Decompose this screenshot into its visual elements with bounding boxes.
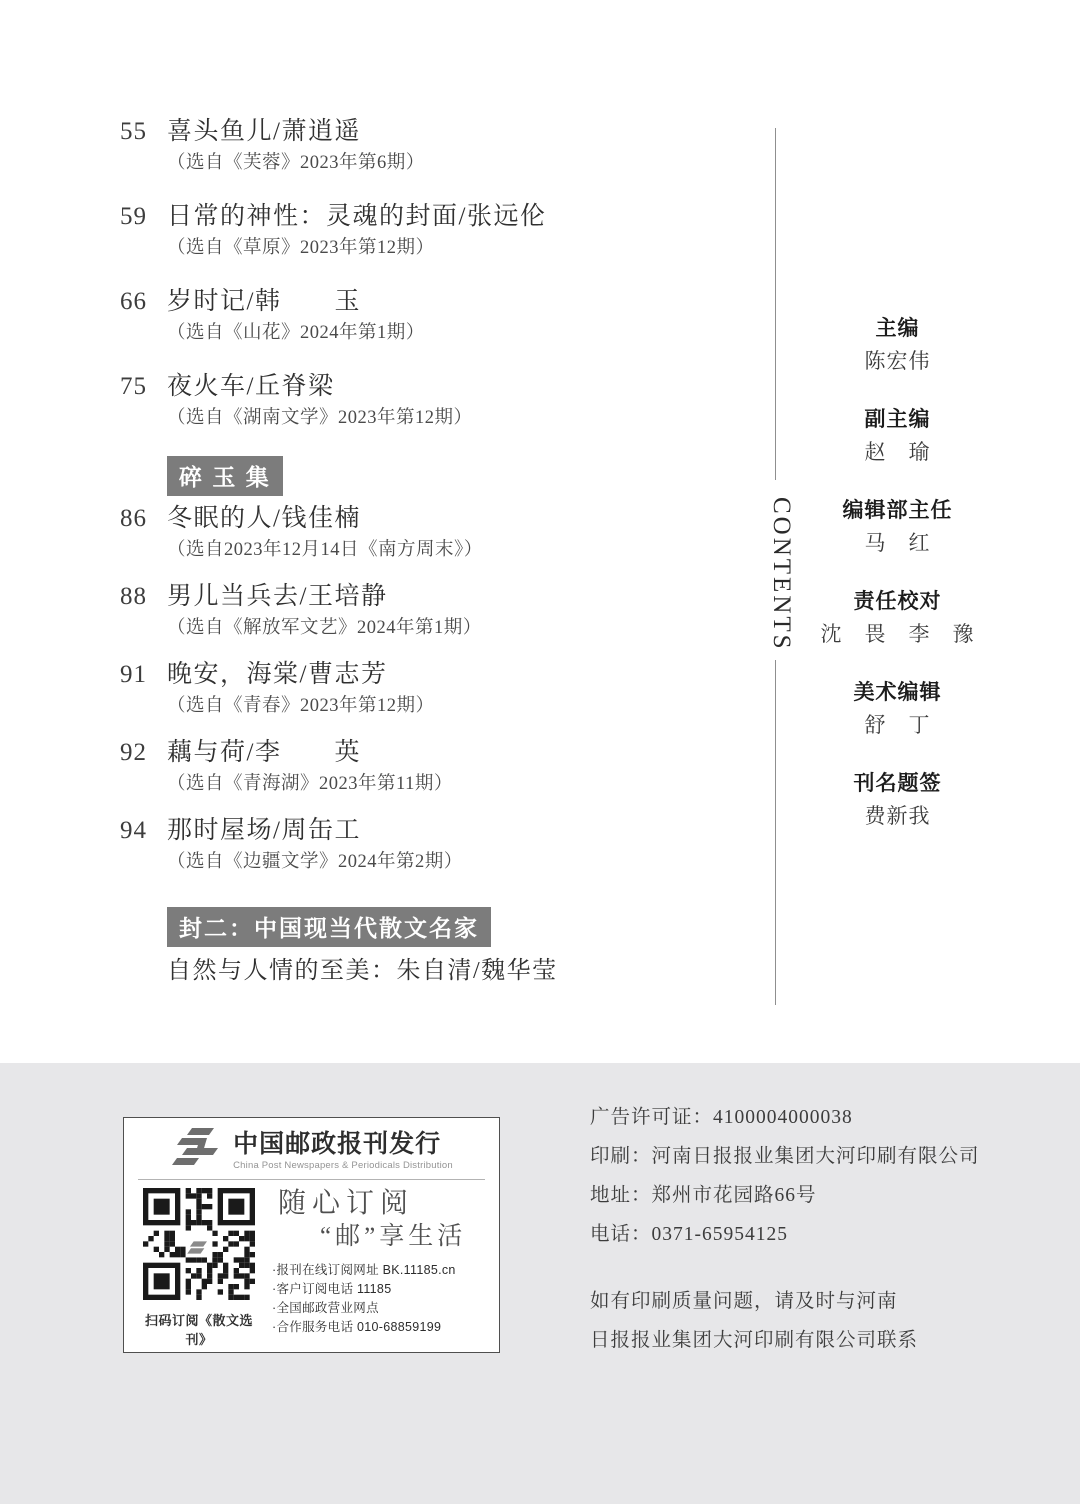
toc-entry-body: 日常的神性：灵魂的封面/张远伦 （选自《草原》2023年第12期） xyxy=(167,201,546,286)
toc-page-number: 92 xyxy=(120,737,167,815)
toc-entry-source: （选自《青春》2023年第12期） xyxy=(167,691,435,721)
toc-entry-source: （选自《芙蓉》2023年第6期） xyxy=(167,148,425,178)
staff-names: 沈 畏 李 豫 xyxy=(795,618,1000,651)
toc-entry-title: 夜火车/丘脊梁 xyxy=(167,371,473,403)
vertical-divider-bottom xyxy=(775,660,776,1005)
print-quality-notice: 如有印刷质量问题，请及时与河南 日报报业集团大河印刷有限公司联系 xyxy=(590,1282,1010,1360)
toc-entry-title: 那时屋场/周缶工 xyxy=(167,815,463,847)
toc-entry: 92 藕与荷/李 英 （选自《青海湖》2023年第11期） xyxy=(120,737,720,815)
contents-vertical-label: CONTENTS xyxy=(757,494,795,654)
toc-entry-title: 藕与荷/李 英 xyxy=(167,737,453,769)
section-header-cover2: 封二：中国现当代散文名家 xyxy=(167,907,491,947)
toc-entry-source: （选自《解放军文艺》2024年第1期） xyxy=(167,613,482,643)
toc-page-number: 55 xyxy=(120,116,167,201)
toc-page-number: 75 xyxy=(120,371,167,456)
china-post-ad-box: 中国邮政报刊发行 China Post Newspapers & Periodi… xyxy=(123,1117,500,1353)
printer-address: 地址：郑州市花园路66号 xyxy=(590,1176,1010,1215)
printer-name: 印刷：河南日报报业集团大河印刷有限公司 xyxy=(590,1137,1010,1176)
staff-names: 舒 丁 xyxy=(795,709,1000,742)
toc-entry: 59 日常的神性：灵魂的封面/张远伦 （选自《草原》2023年第12期） xyxy=(120,201,720,286)
toc-entry-body: 男儿当兵去/王培静 （选自《解放军文艺》2024年第1期） xyxy=(167,581,482,659)
toc-entry: 66 岁时记/韩 玉 （选自《山花》2024年第1期） xyxy=(120,286,720,371)
ad-license-number: 广告许可证：4100004000038 xyxy=(590,1098,1010,1137)
staff-role: 美术编辑 xyxy=(795,676,1000,709)
toc-entry: 91 晚安，海棠/曹志芳 （选自《青春》2023年第12期） xyxy=(120,659,720,737)
toc-page-number: 88 xyxy=(120,581,167,659)
masthead-staff-list: 主编 陈宏伟 副主编 赵 瑜 编辑部主任 马 红 责任校对 沈 畏 李 豫 美术… xyxy=(795,312,1000,858)
cover2-entry-title: 自然与人情的至美：朱自清/魏华莹 xyxy=(167,954,720,988)
ad-bullet: ·客户订阅电话 11185 xyxy=(272,1280,485,1299)
staff-group: 主编 陈宏伟 xyxy=(795,312,1000,378)
staff-group: 责任校对 沈 畏 李 豫 xyxy=(795,585,1000,651)
ad-bullet: ·合作服务电话 010-68859199 xyxy=(272,1318,485,1337)
toc-entry-title: 喜头鱼儿/萧逍遥 xyxy=(167,116,425,148)
ad-content: 扫码订阅《散文选刊》 随心订阅 “邮”享生活 ·报刊在线订阅网址 BK.1118… xyxy=(136,1188,487,1348)
print-info-block: 广告许可证：4100004000038 印刷：河南日报报业集团大河印刷有限公司 … xyxy=(590,1098,1010,1254)
toc-entry-source: （选自《青海湖》2023年第11期） xyxy=(167,769,453,799)
section-header-suiyuji: 碎 玉 集 xyxy=(167,456,283,496)
staff-role: 编辑部主任 xyxy=(795,494,1000,527)
ad-right-column: 随心订阅 “邮”享生活 ·报刊在线订阅网址 BK.11185.cn ·客户订阅电… xyxy=(272,1188,485,1348)
printer-phone: 电话：0371-65954125 xyxy=(590,1215,1010,1254)
toc-page-number: 66 xyxy=(120,286,167,371)
toc-entry: 94 那时屋场/周缶工 （选自《边疆文学》2024年第2期） xyxy=(120,815,720,893)
toc-entry: 86 冬眠的人/钱佳楠 （选自2023年12月14日《南方周末》） xyxy=(120,503,720,581)
ad-bullet: ·全国邮政营业网点 xyxy=(272,1299,485,1318)
ad-header: 中国邮政报刊发行 China Post Newspapers & Periodi… xyxy=(136,1128,487,1172)
toc-entry-body: 那时屋场/周缶工 （选自《边疆文学》2024年第2期） xyxy=(167,815,463,893)
ad-brand-text: 中国邮政报刊发行 China Post Newspapers & Periodi… xyxy=(233,1130,453,1171)
qr-code xyxy=(143,1188,255,1300)
toc-entry-source: （选自《湖南文学》2023年第12期） xyxy=(167,403,473,433)
notice-line: 如有印刷质量问题，请及时与河南 xyxy=(590,1282,1010,1321)
staff-names: 陈宏伟 xyxy=(795,345,1000,378)
toc-page-number: 86 xyxy=(120,503,167,581)
toc-entry-source: （选自《边疆文学》2024年第2期） xyxy=(167,847,463,877)
toc-page-number: 91 xyxy=(120,659,167,737)
staff-names: 马 红 xyxy=(795,527,1000,560)
toc-page-number: 59 xyxy=(120,201,167,286)
staff-group: 副主编 赵 瑜 xyxy=(795,403,1000,469)
toc-entry: 88 男儿当兵去/王培静 （选自《解放军文艺》2024年第1期） xyxy=(120,581,720,659)
table-of-contents: 55 喜头鱼儿/萧逍遥 （选自《芙蓉》2023年第6期） 59 日常的神性：灵魂… xyxy=(120,116,720,988)
staff-role: 主编 xyxy=(795,312,1000,345)
staff-names: 费新我 xyxy=(795,800,1000,833)
toc-entry: 55 喜头鱼儿/萧逍遥 （选自《芙蓉》2023年第6期） xyxy=(120,116,720,201)
toc-entry-body: 岁时记/韩 玉 （选自《山花》2024年第1期） xyxy=(167,286,425,371)
staff-group: 美术编辑 舒 丁 xyxy=(795,676,1000,742)
ad-brand-title: 中国邮政报刊发行 xyxy=(233,1130,453,1158)
vertical-divider-top xyxy=(775,128,776,480)
staff-role: 刊名题签 xyxy=(795,767,1000,800)
toc-entry-title: 岁时记/韩 玉 xyxy=(167,286,425,318)
staff-group: 编辑部主任 马 红 xyxy=(795,494,1000,560)
toc-entry-body: 冬眠的人/钱佳楠 （选自2023年12月14日《南方周末》） xyxy=(167,503,483,581)
toc-entry-source: （选自《山花》2024年第1期） xyxy=(167,318,425,348)
toc-entry-body: 喜头鱼儿/萧逍遥 （选自《芙蓉》2023年第6期） xyxy=(167,116,425,201)
toc-entry-source: （选自《草原》2023年第12期） xyxy=(167,233,546,263)
toc-entry-body: 夜火车/丘脊梁 （选自《湖南文学》2023年第12期） xyxy=(167,371,473,456)
ad-bullet: ·报刊在线订阅网址 BK.11185.cn xyxy=(272,1261,485,1280)
china-post-logo-icon xyxy=(170,1128,224,1172)
staff-group: 刊名题签 费新我 xyxy=(795,767,1000,833)
ad-slogan-line2: “邮”享生活 xyxy=(320,1222,485,1252)
ad-bullet-list: ·报刊在线订阅网址 BK.11185.cn ·客户订阅电话 11185 ·全国邮… xyxy=(272,1261,485,1337)
ad-brand-subtitle: China Post Newspapers & Periodicals Dist… xyxy=(233,1160,453,1171)
notice-line: 日报报业集团大河印刷有限公司联系 xyxy=(590,1321,1010,1360)
toc-entry-body: 藕与荷/李 英 （选自《青海湖》2023年第11期） xyxy=(167,737,453,815)
qr-column: 扫码订阅《散文选刊》 xyxy=(138,1188,260,1348)
toc-entry-title: 冬眠的人/钱佳楠 xyxy=(167,503,483,535)
qr-caption: 扫码订阅《散文选刊》 xyxy=(138,1310,260,1348)
toc-entry-title: 晚安，海棠/曹志芳 xyxy=(167,659,435,691)
toc-entry-title: 日常的神性：灵魂的封面/张远伦 xyxy=(167,201,546,233)
toc-entry: 75 夜火车/丘脊梁 （选自《湖南文学》2023年第12期） xyxy=(120,371,720,456)
toc-entry-source: （选自2023年12月14日《南方周末》） xyxy=(167,535,483,565)
staff-role: 责任校对 xyxy=(795,585,1000,618)
toc-page-number: 94 xyxy=(120,815,167,893)
ad-divider xyxy=(138,1179,485,1180)
staff-role: 副主编 xyxy=(795,403,1000,436)
toc-entry-title: 男儿当兵去/王培静 xyxy=(167,581,482,613)
ad-slogan-line1: 随心订阅 xyxy=(278,1188,485,1220)
toc-entry-body: 晚安，海棠/曹志芳 （选自《青春》2023年第12期） xyxy=(167,659,435,737)
staff-names: 赵 瑜 xyxy=(795,436,1000,469)
